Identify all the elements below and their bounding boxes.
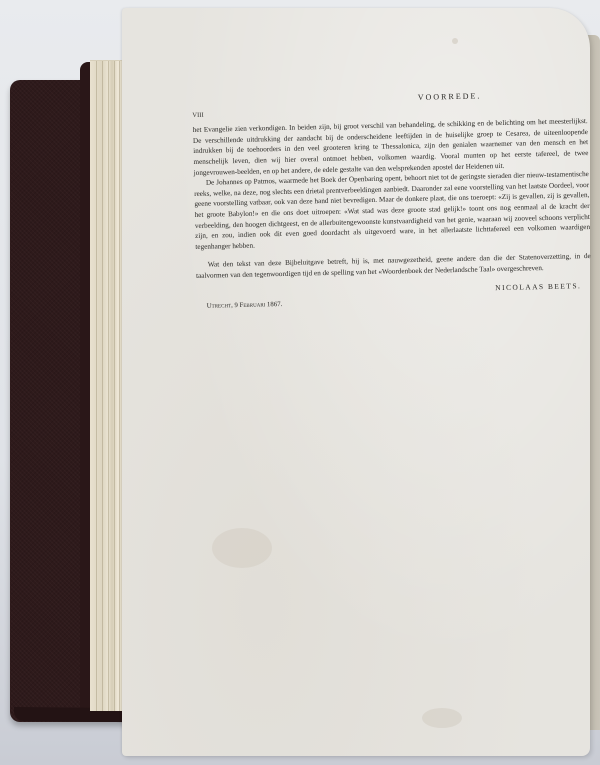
foxing-spot: [422, 708, 462, 728]
author-signature: NICOLAAS BEETS.: [495, 281, 582, 306]
place-date: Utrecht, 9 Februari 1867.: [207, 300, 283, 312]
photo-scene: VOORREDE. VIII het Evangelie zien verkon…: [0, 0, 600, 765]
paragraph-2: De Johannes op Patmos, waarmede het Boek…: [194, 169, 591, 252]
book-page: VOORREDE. VIII het Evangelie zien verkon…: [122, 8, 590, 756]
paragraph-1: het Evangelie zien verkondigen. In beide…: [193, 116, 589, 178]
paragraph-3: Wat den tekst van deze Bijbeluitgave bet…: [196, 251, 591, 281]
foxing-spot: [212, 528, 272, 568]
foxing-spot: [452, 38, 458, 44]
preface-text: VOORREDE. VIII het Evangelie zien verkon…: [192, 89, 592, 312]
signature-row: Utrecht, 9 Februari 1867. NICOLAAS BEETS…: [196, 280, 591, 312]
